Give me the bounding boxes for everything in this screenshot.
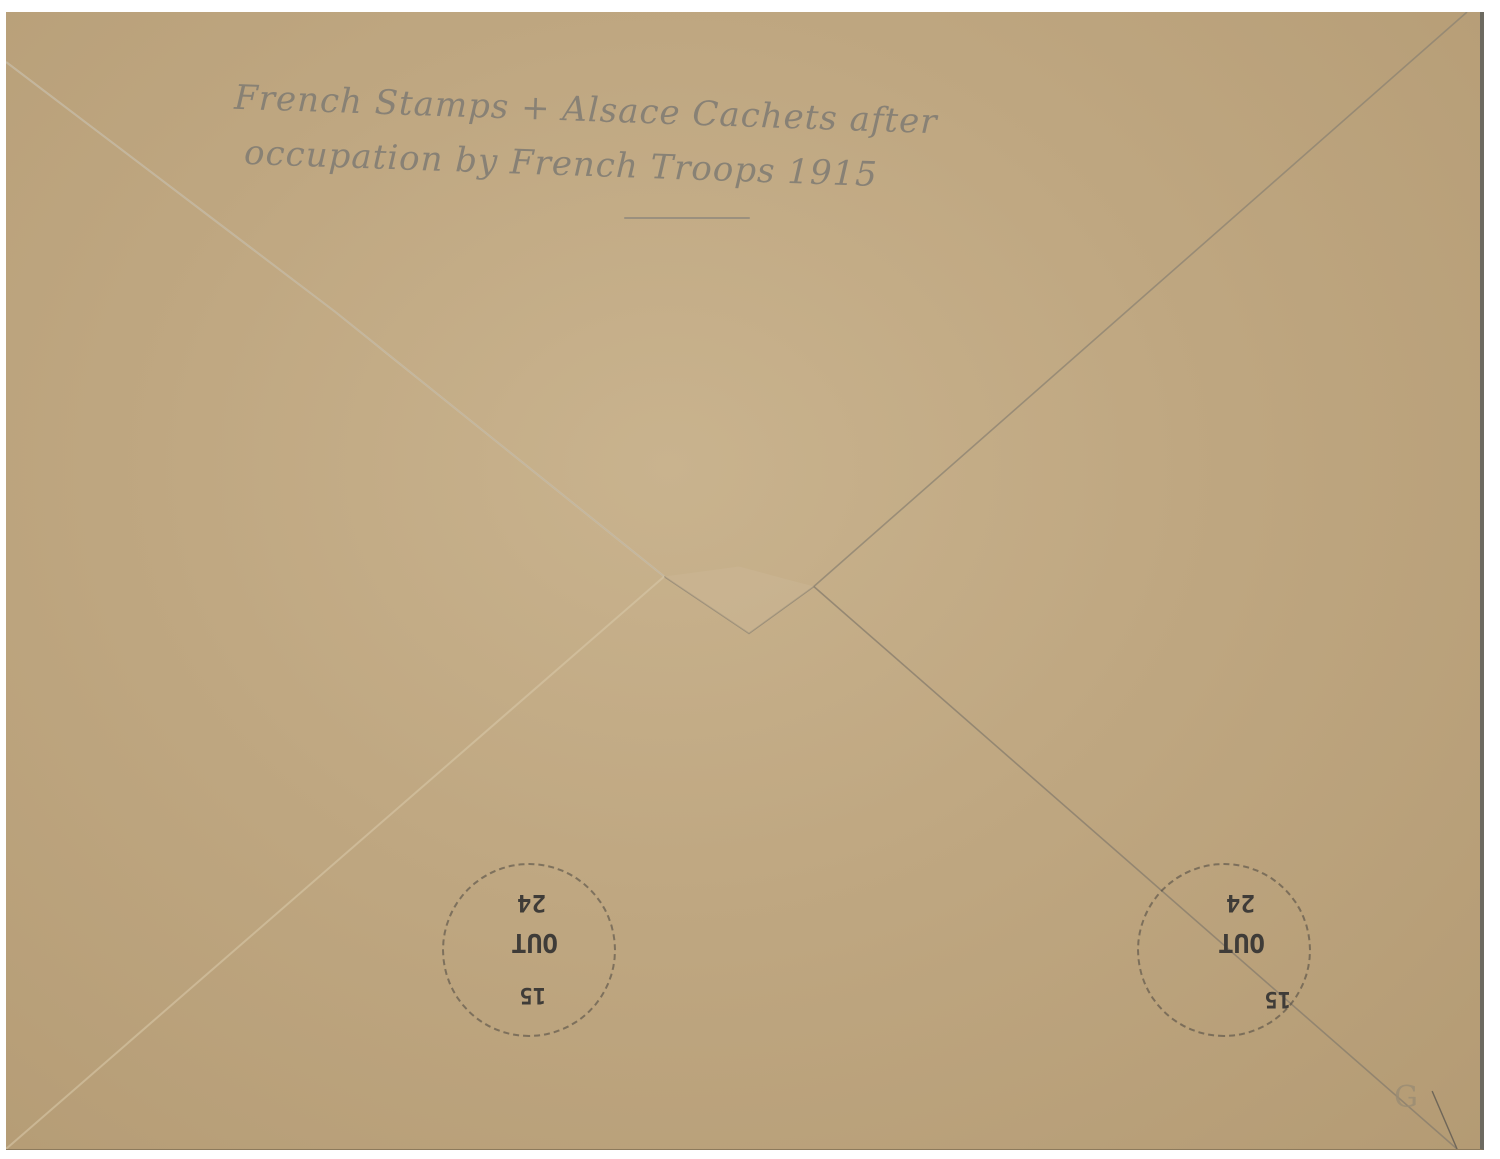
postmark-right: 15 OUT 24 bbox=[1151, 867, 1351, 1037]
envelope-back: French Stamps + Alsace Cachets after occ… bbox=[6, 12, 1484, 1150]
postmark-year: 15 bbox=[1265, 987, 1292, 1009]
postmark-year: 15 bbox=[520, 983, 547, 1005]
postmark-month: OUT bbox=[511, 929, 558, 955]
postmark-day: 24 bbox=[517, 891, 546, 915]
postmark-month: OUT bbox=[1218, 929, 1265, 955]
pencil-corner-mark: G bbox=[1394, 1080, 1418, 1115]
pencil-underline bbox=[624, 217, 750, 219]
postmark-left: 15 OUT 24 bbox=[426, 867, 636, 1037]
postmark-day: 24 bbox=[1226, 891, 1255, 915]
